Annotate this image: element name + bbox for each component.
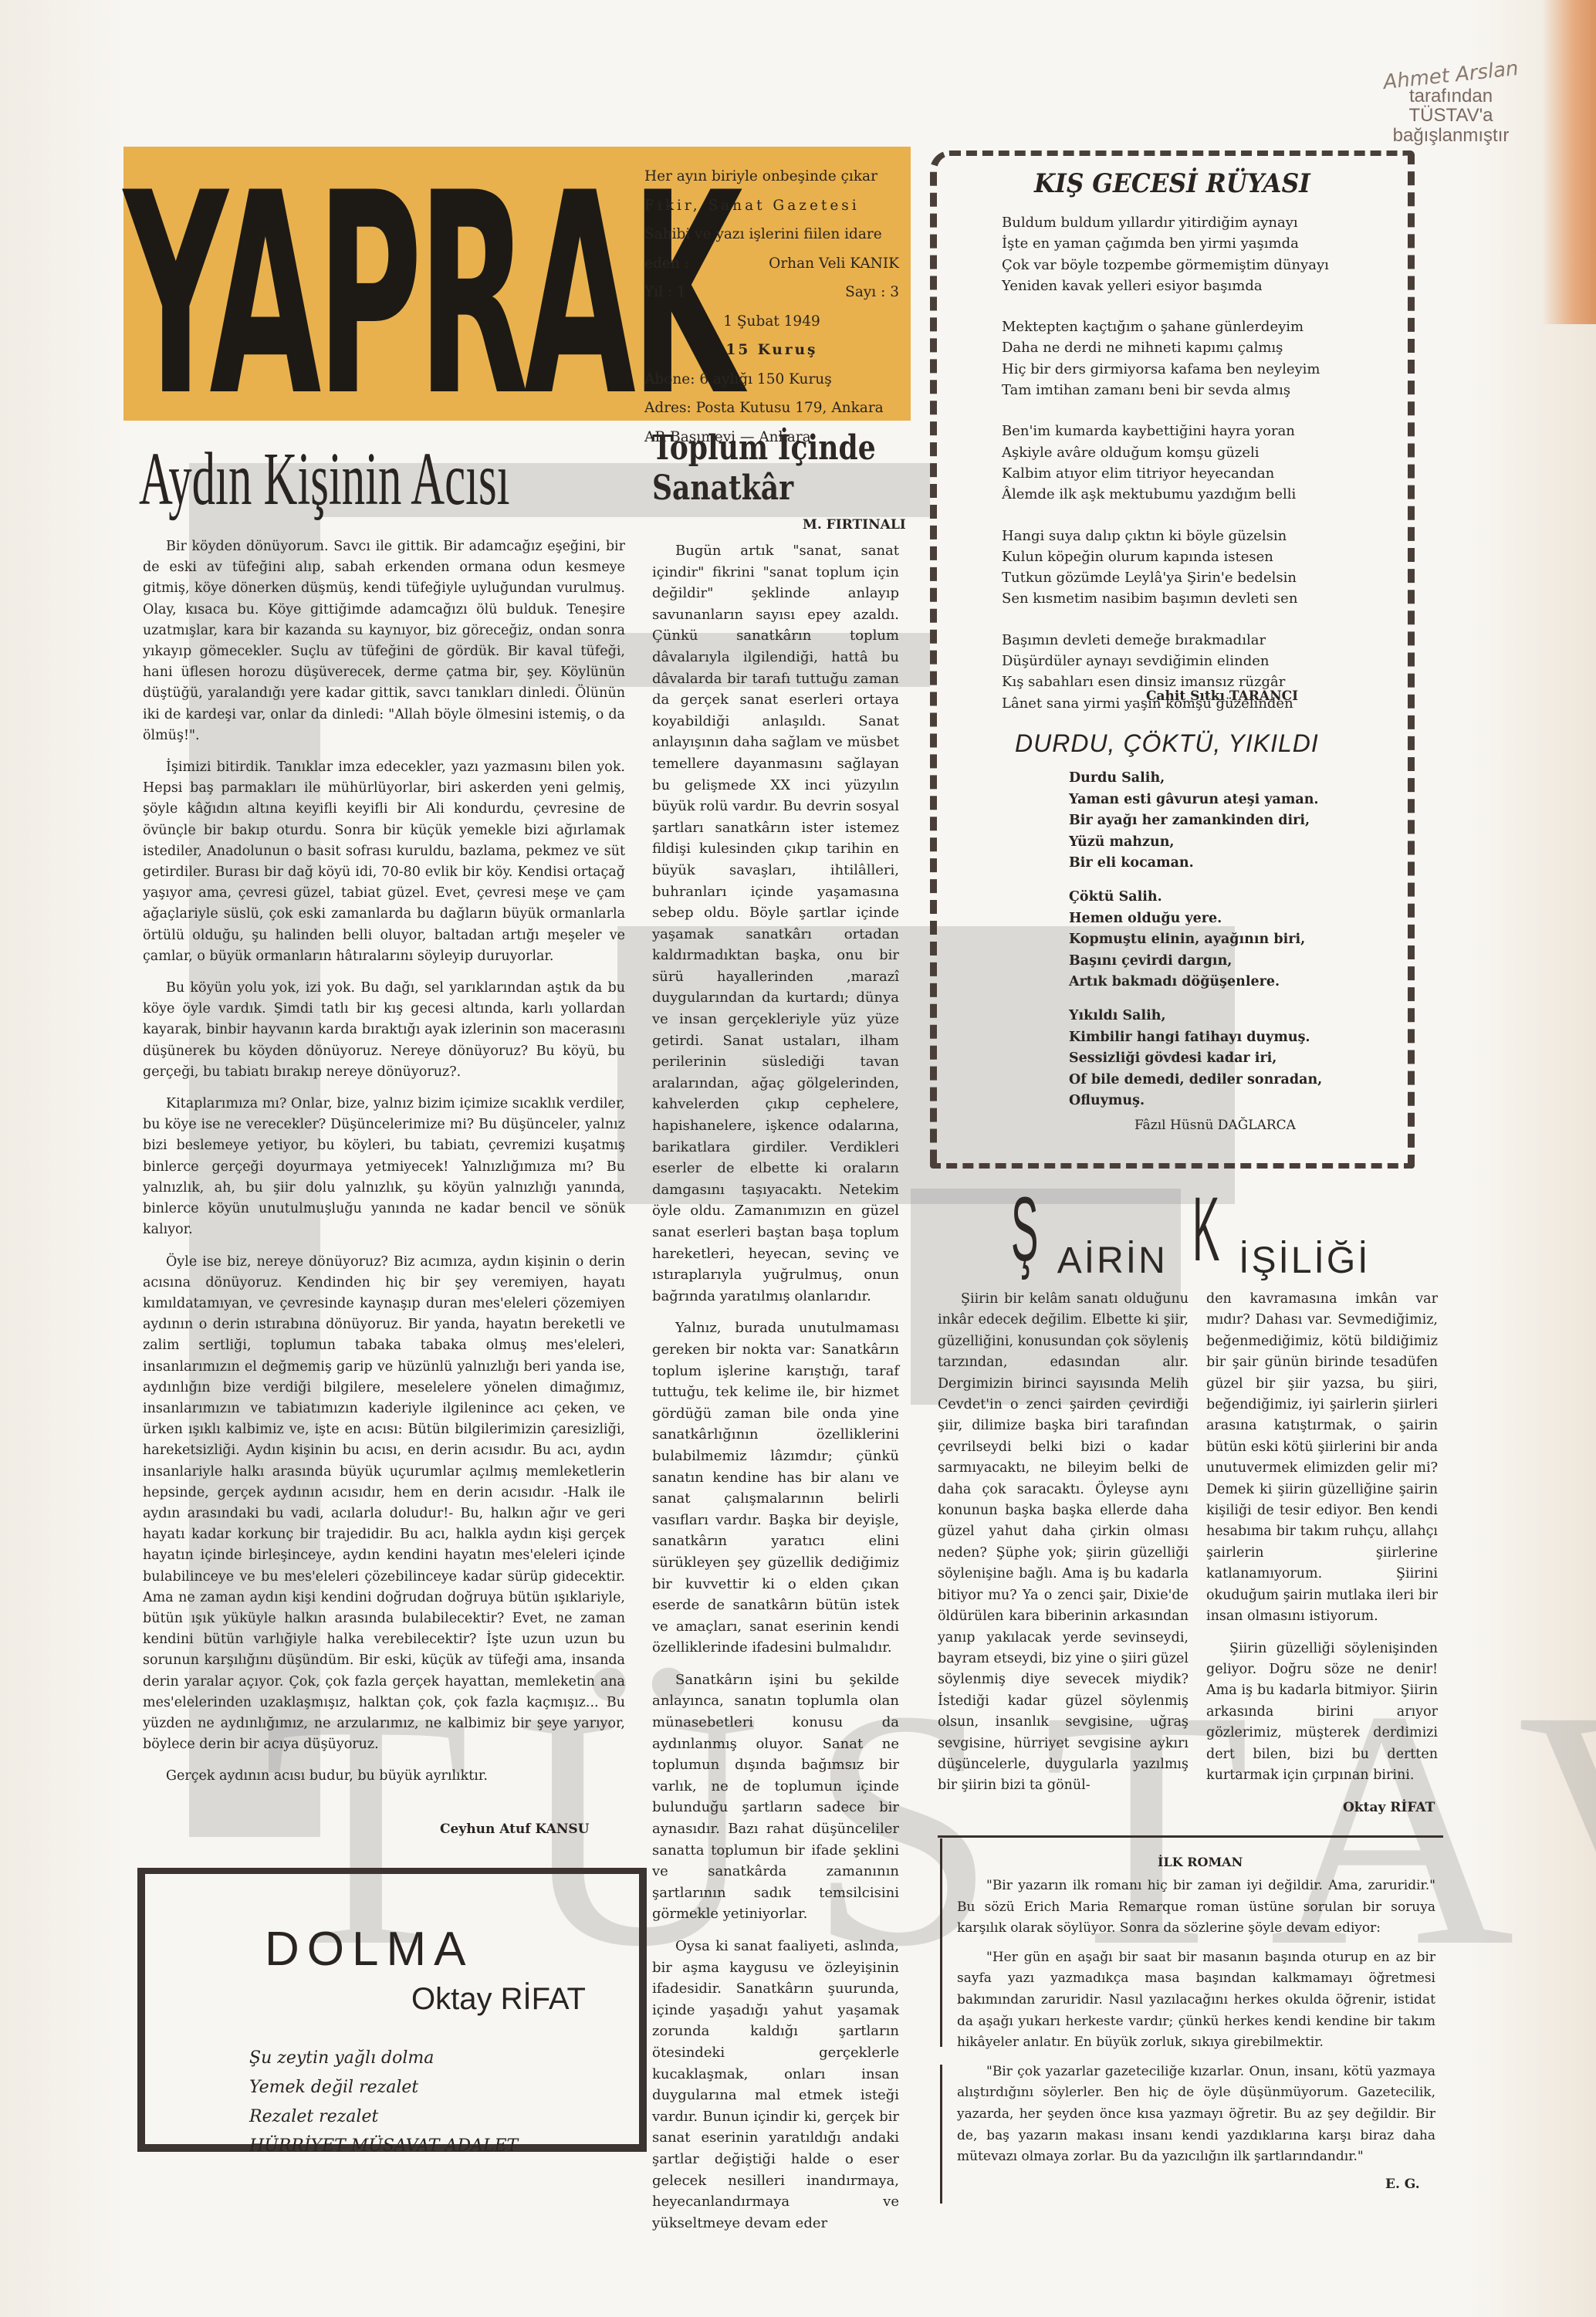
issue-date: 1 Şubat 1949 xyxy=(644,307,899,337)
poem-line: Şu zeytin yağlı dolma xyxy=(249,2044,518,2073)
author-cahit-sitki-taranci: Cahit Sıtkı TARANCI xyxy=(1146,688,1298,704)
paragraph: den kavramasına imkân var mıdır? Dahası … xyxy=(1206,1289,1438,1628)
price: 15 Kuruş xyxy=(644,336,899,365)
paragraph: Yalnız, burada unutulmaması gereken bir … xyxy=(652,1317,899,1659)
paragraph: "Her gün en aşağı bir saat bir masanın b… xyxy=(957,1947,1435,2054)
year-number: Yıl : 1 xyxy=(644,278,686,307)
stanza: Buldum buldum yıllardır yitirdiğim aynay… xyxy=(1002,212,1329,296)
stanza: Mektepten kaçtığım o şahane günlerdeyimD… xyxy=(1002,316,1329,401)
masthead-logo: YAPRAK xyxy=(123,162,525,409)
poem-durdu-coktu-yikildi: Durdu Salih,Yaman esti gâvurun ateşi yam… xyxy=(1069,768,1322,1125)
paragraph: Şiirin güzelliği söylenişinden geliyor. … xyxy=(1206,1639,1438,1787)
publication-frequency: Her ayın biriyle onbeşinde çıkar xyxy=(644,162,899,191)
paragraph: Bugün artık "sanat, sanat içindir" fikri… xyxy=(652,540,899,1307)
paragraph: İşimizi bitirdik. Tanıklar imza edecekle… xyxy=(143,757,625,967)
paragraph: Bu köyün yolu yok, izi yok. Bu dağı, sel… xyxy=(143,978,625,1083)
author-fazil-husnu-daglarca: Fâzıl Hüsnü DAĞLARCA xyxy=(1134,1118,1296,1133)
poem-title-dolma: DOLMA xyxy=(265,1922,473,1977)
publication-subtitle: Fikir, Sanat Gazetesi xyxy=(644,191,899,221)
paper-stain xyxy=(1542,0,1596,324)
stanza: Durdu Salih,Yaman esti gâvurun ateşi yam… xyxy=(1069,768,1322,874)
newspaper-page: TÜSTAV Ahmet Arslan tarafından TÜSTAV'a … xyxy=(0,0,1596,2317)
paragraph: Kitaplarımıza mı? Onlar, bize, yalnız bi… xyxy=(143,1094,625,1240)
paragraph: Öyle ise biz, nereye dönüyoruz? Biz acım… xyxy=(143,1252,625,1756)
article-sairin-col2: den kavramasına imkân var mıdır? Dahası … xyxy=(1206,1289,1438,1797)
owner-label: Sahibi ve yazı işlerini fiilen idare xyxy=(644,220,899,249)
headline-aydin-kisinin-acisi: Aydın Kişinin Acısı xyxy=(139,436,510,523)
address: Adres: Posta Kutusu 179, Ankara xyxy=(644,394,899,423)
paragraph: "Bir yazarın ilk romanı hiç bir zaman iy… xyxy=(957,1876,1435,1940)
poem-author-oktay-rifat: Oktay RİFAT xyxy=(411,1982,586,2017)
stanza: Yıkıldı Salih,Kimbilir hangi fatihayı du… xyxy=(1069,1006,1322,1112)
masthead-info: Her ayın biriyle onbeşinde çıkar Fikir, … xyxy=(644,162,899,452)
poem-title-kis-gecesi-ruyasi: KIŞ GECESİ RÜYASI xyxy=(1034,168,1310,199)
paragraph: Sanatkârın işini bu şekilde anlayınca, s… xyxy=(652,1669,899,1925)
owner-prefix: eden : xyxy=(644,249,689,279)
masthead: YAPRAK Her ayın biriyle onbeşinde çıkar … xyxy=(123,147,911,421)
paragraph: Şiirin bir kelâm sanatı olduğunu inkâr e… xyxy=(938,1289,1189,1797)
column-rule xyxy=(940,1838,942,2047)
headline-ilk-roman: İLK ROMAN xyxy=(1158,1855,1243,1869)
column-rule xyxy=(940,2065,942,2204)
stanza: Ben'im kumarda kaybettiğini hayra yoranA… xyxy=(1002,421,1329,505)
paragraph: Oysa ki sanat faaliyeti, aslında, bir aş… xyxy=(652,1936,899,2234)
issue-number: Sayı : 3 xyxy=(845,278,899,307)
article-aydin-body: Bir köyden dönüyorum. Savcı ile gittik. … xyxy=(143,536,625,1798)
poem-dolma-lines: Şu zeytin yağlı dolma Yemek değil rezale… xyxy=(249,2044,518,2161)
paragraph: Bir köyden dönüyorum. Savcı ile gittik. … xyxy=(143,536,625,746)
poem-kis-gecesi-ruyasi: Buldum buldum yıllardır yitirdiğim aynay… xyxy=(1002,212,1329,734)
subscription: Abone: 6 aylığı 150 Kuruş xyxy=(644,365,899,394)
section-divider xyxy=(938,1835,1443,1838)
headline-sairin-kisiligi: ŞAİRİN KİŞİLİĞİ xyxy=(1011,1177,1371,1282)
paragraph: "Bir çok yazarlar gazeteciliğe kızarlar.… xyxy=(957,2062,1435,2168)
author-e-g: E. G. xyxy=(1385,2177,1420,2192)
author-m-firtinali: M. FIRTINALI xyxy=(803,517,906,533)
poem-line: Yemek değil rezalet xyxy=(249,2073,518,2102)
poem-line: HÜRRİYET MÜSAVAT ADALET xyxy=(249,2132,518,2161)
owner-name: Orhan Veli KANIK xyxy=(769,249,899,279)
article-toplum-body: Bugün artık "sanat, sanat içindir" fikri… xyxy=(652,540,899,2244)
poem-box-dolma: DOLMA Oktay RİFAT Şu zeytin yağlı dolma … xyxy=(137,1868,647,2152)
stanza: Hangi suya dalıp çıktın ki böyle güzelsi… xyxy=(1002,526,1329,610)
paragraph: Gerçek aydının acısı budur, bu büyük ayr… xyxy=(143,1766,625,1787)
stanza: Çöktü Salih.Hemen olduğu yere.Kopmuştu e… xyxy=(1069,887,1322,993)
poem-title-durdu-coktu-yikildi: DURDU, ÇÖKTÜ, YIKILDI xyxy=(1015,729,1319,758)
donation-stamp: Ahmet Arslan tarafından TÜSTAV'a bağışla… xyxy=(1374,66,1528,145)
author-ceyhun-atuf-kansu: Ceyhun Atuf KANSU xyxy=(440,1821,589,1837)
stamp-line: bağışlanmıştır xyxy=(1374,126,1528,145)
stamp-line: TÜSTAV'a xyxy=(1374,106,1528,125)
article-ilk-roman-body: "Bir yazarın ilk romanı hiç bir zaman iy… xyxy=(957,1876,1435,2176)
author-oktay-rifat: Oktay RİFAT xyxy=(1343,1800,1435,1815)
article-sairin-col1: Şiirin bir kelâm sanatı olduğunu inkâr e… xyxy=(938,1289,1189,1808)
poem-line: Rezalet rezalet xyxy=(249,2102,518,2132)
headline-toplum-icinde-sanatkar: Toplum İçinde Sanatkâr xyxy=(652,428,876,509)
